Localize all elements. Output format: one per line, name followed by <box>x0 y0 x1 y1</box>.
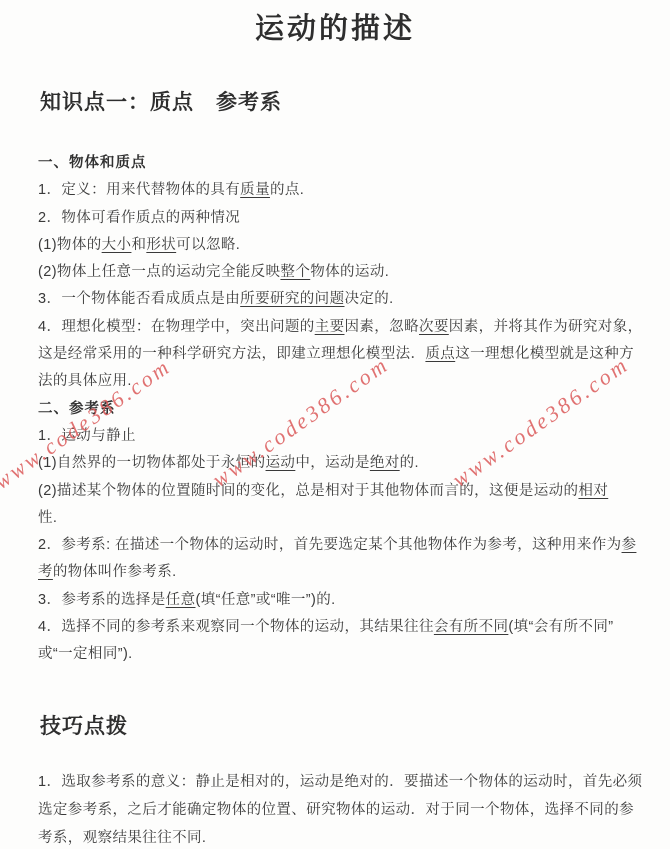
text-line: 考的物体叫作参考系. <box>38 559 638 586</box>
text-line: 考系，观察结果往往不同. <box>38 824 638 849</box>
knowledge-section-body: 一、物体和质点1．定义：用来代替物体的具有质量的点.2．物体可看作质点的两种情况… <box>38 150 638 669</box>
underlined-text: 运动 <box>266 455 296 471</box>
section-heading-tips: 技巧点拨 <box>40 710 128 740</box>
text-line: (1)物体的大小和形状可以忽略. <box>38 232 638 259</box>
underlined-text: 次要 <box>419 319 449 335</box>
underlined-text: 主要 <box>315 319 345 335</box>
text-line: 性. <box>38 505 638 532</box>
text-segment: (2)物体上任意一点的运动完全能反映 <box>38 264 280 280</box>
text-line: 法的具体应用. <box>38 368 638 395</box>
text-line: (1)自然界的一切物体都处于永恒的运动中，运动是绝对的. <box>38 450 638 477</box>
text-segment: 选定参考系，之后才能确定物体的位置、研究物体的运动．对于同一个物体，选择不同的参 <box>38 802 634 818</box>
text-segment: 4．选择不同的参考系来观察同一个物体的运动，其结果往往 <box>38 619 434 635</box>
text-line: 二、参考系 <box>38 396 638 423</box>
text-segment: 中，运动是 <box>295 455 370 471</box>
text-segment: 1．选取参考系的意义：静止是相对的，运动是绝对的．要描述一个物体的运动时，首先必… <box>38 774 642 790</box>
underlined-text: 质点 <box>425 346 455 362</box>
text-segment: 3．参考系的选择是 <box>38 592 166 608</box>
underlined-text: 大小 <box>102 237 132 253</box>
underlined-text: 质量 <box>240 182 270 198</box>
underlined-text: 参 <box>622 537 637 553</box>
underlined-text: 相对 <box>578 483 608 499</box>
text-segment: (1)物体的 <box>38 237 102 253</box>
text-line: 1．运动与静止 <box>38 423 638 450</box>
text-line: 1．定义：用来代替物体的具有质量的点. <box>38 177 638 204</box>
text-segment: 2．物体可看作质点的两种情况 <box>38 210 240 226</box>
text-segment: 的点. <box>270 182 304 198</box>
text-line: 一、物体和质点 <box>38 150 638 177</box>
text-segment: (填“任意”或“唯一”)的. <box>195 592 335 608</box>
text-segment: 因素，并将其作为研究对象， <box>449 319 643 335</box>
text-line: 1．选取参考系的意义：静止是相对的，运动是绝对的．要描述一个物体的运动时，首先必… <box>38 768 638 796</box>
underlined-text: 绝对 <box>370 455 400 471</box>
document-page: 运动的描述 知识点一：质点 参考系 一、物体和质点1．定义：用来代替物体的具有质… <box>0 0 670 849</box>
text-line: (2)描述某个物体的位置随时间的变化，总是相对于其他物体而言的，这便是运动的相对 <box>38 478 638 505</box>
text-line: 选定参考系，之后才能确定物体的位置、研究物体的运动．对于同一个物体，选择不同的参 <box>38 796 638 824</box>
underlined-text: 任意 <box>166 592 196 608</box>
text-segment: 2．参考系: 在描述一个物体的运动时，首先要选定某个其他物体作为参考，这种用来作… <box>38 537 622 553</box>
text-line: 这是经常采用的一种科学研究方法，即建立理想化模型法．质点这一理想化模型就是这种方 <box>38 341 638 368</box>
text-segment: 这一理想化模型就是这种方 <box>455 346 634 362</box>
text-line: 2．参考系: 在描述一个物体的运动时，首先要选定某个其他物体作为参考，这种用来作… <box>38 532 638 559</box>
text-segment: 可以忽略. <box>176 237 240 253</box>
text-segment: 因素，忽略 <box>344 319 419 335</box>
text-segment: 1．定义：用来代替物体的具有 <box>38 182 240 198</box>
text-segment: (2)描述某个物体的位置随时间的变化，总是相对于其他物体而言的，这便是运动的 <box>38 483 578 499</box>
text-segment: 法的具体应用. <box>38 373 132 389</box>
text-segment: 4．理想化模型：在物理学中，突出问题的 <box>38 319 315 335</box>
text-line: 或“一定相同”). <box>38 641 638 668</box>
underlined-text: 所要研究的问题 <box>240 291 344 307</box>
underlined-text: 会有所不同 <box>434 619 509 635</box>
text-line: 2．物体可看作质点的两种情况 <box>38 205 638 232</box>
underlined-text: 整个 <box>280 264 310 280</box>
text-segment: 3．一个物体能否看成质点是由 <box>38 291 240 307</box>
text-line: (2)物体上任意一点的运动完全能反映整个物体的运动. <box>38 259 638 286</box>
text-segment: 决定的. <box>344 291 393 307</box>
text-line: 4．理想化模型：在物理学中，突出问题的主要因素，忽略次要因素，并将其作为研究对象… <box>38 314 638 341</box>
text-segment: 这是经常采用的一种科学研究方法，即建立理想化模型法． <box>38 346 425 362</box>
text-segment: 的. <box>400 455 419 471</box>
text-segment: (填“会有所不同” <box>508 619 613 635</box>
text-segment: 性. <box>38 510 57 526</box>
section-heading-knowledge: 知识点一：质点 参考系 <box>40 86 282 116</box>
text-segment: 物体的运动. <box>310 264 389 280</box>
text-segment: 考系，观察结果往往不同. <box>38 830 206 846</box>
underlined-text: 考 <box>38 564 53 580</box>
text-segment: 1．运动与静止 <box>38 428 136 444</box>
document-title: 运动的描述 <box>0 6 670 47</box>
text-segment: 二、参考系 <box>38 401 116 417</box>
text-line: 3．一个物体能否看成质点是由所要研究的问题决定的. <box>38 286 638 313</box>
text-segment: 和 <box>131 237 146 253</box>
text-segment: 一、物体和质点 <box>38 155 147 171</box>
tips-section-body: 1．选取参考系的意义：静止是相对的，运动是绝对的．要描述一个物体的运动时，首先必… <box>38 768 638 849</box>
text-segment: 的物体叫作参考系. <box>53 564 177 580</box>
text-segment: 或“一定相同”). <box>38 646 133 662</box>
underlined-text: 形状 <box>146 237 176 253</box>
text-segment: (1)自然界的一切物体都处于永恒的 <box>38 455 266 471</box>
text-line: 4．选择不同的参考系来观察同一个物体的运动，其结果往往会有所不同(填“会有所不同… <box>38 614 638 641</box>
text-line: 3．参考系的选择是任意(填“任意”或“唯一”)的. <box>38 587 638 614</box>
